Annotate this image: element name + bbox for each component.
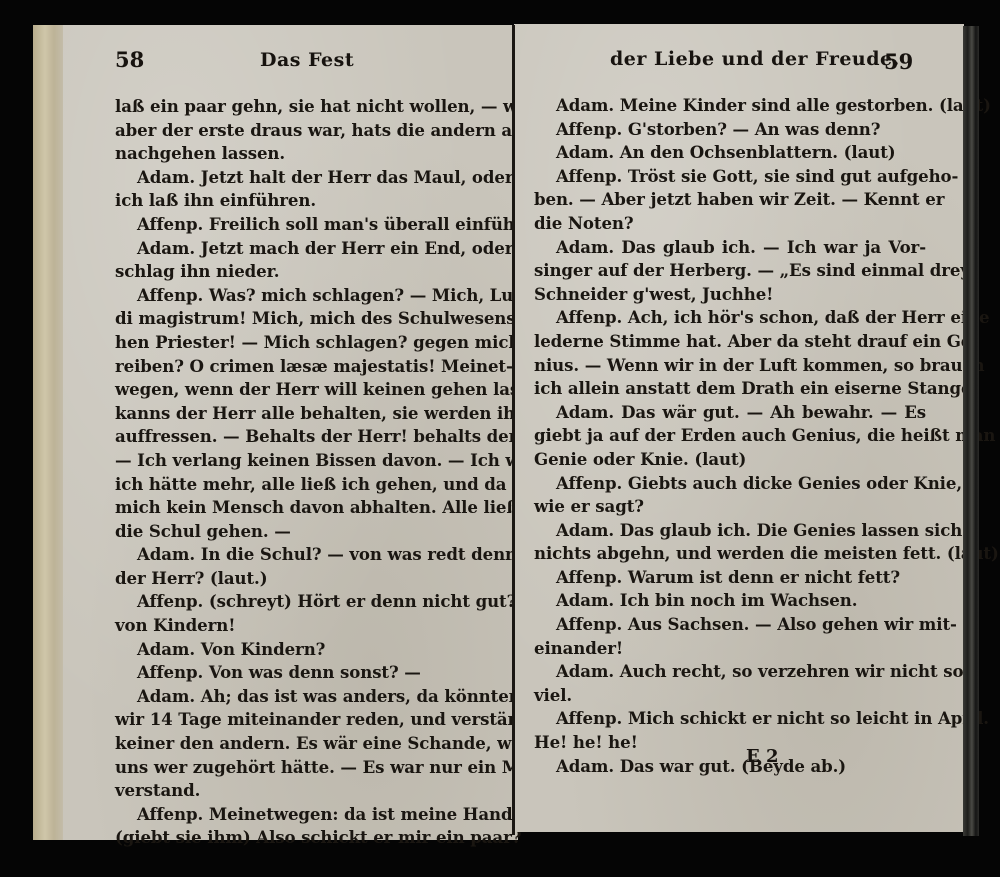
- text-line: hen Priester! — Mich schlagen? gegen mic…: [115, 331, 505, 355]
- running-head-left: Das Fest: [260, 49, 354, 71]
- text-line: kanns der Herr alle behalten, sie werden…: [115, 402, 505, 426]
- text-line: Adam. In die Schul? — von was redt denn: [115, 543, 505, 567]
- text-line: (giebt sie ihm) Also schickt er mir ein …: [115, 826, 505, 850]
- running-head-right: der Liebe und der Freude.: [610, 48, 900, 70]
- page-edges-left: [33, 25, 63, 840]
- text-line: Affenp. Warum ist denn er nicht fett?: [534, 566, 926, 590]
- text-line: singer auf der Herberg. — „Es sind einma…: [534, 259, 926, 283]
- text-line: wegen, wenn der Herr will keinen gehen l…: [115, 378, 505, 402]
- text-line: giebt ja auf der Erden auch Genius, die …: [534, 424, 926, 448]
- text-line: Genie oder Knie. (laut): [534, 448, 926, 472]
- text-line: ich hätte mehr, alle ließ ich gehen, und…: [115, 473, 505, 497]
- text-line: reiben? O crimen læsæ majestatis! Meinet…: [115, 355, 505, 379]
- text-line: ich laß ihn einführen.: [115, 189, 505, 213]
- text-line: Adam. Ah; das ist was anders, da könnten: [115, 685, 505, 709]
- text-line: viel.: [534, 684, 926, 708]
- text-line: der Herr? (laut.): [115, 567, 505, 591]
- page-number-left: 58: [115, 47, 144, 72]
- text-line: Affenp. Mich schickt er nicht so leicht …: [534, 707, 926, 731]
- book-gutter: [512, 25, 515, 835]
- signature-mark: E 2: [746, 746, 779, 767]
- text-line: keiner den andern. Es wär eine Schande, …: [115, 732, 505, 756]
- text-line: wir 14 Tage miteinander reden, und verst…: [115, 708, 505, 732]
- text-line: nichts abgehn, und werden die meisten fe…: [534, 542, 926, 566]
- text-line: Affenp. Tröst sie Gott, sie sind gut auf…: [534, 165, 926, 189]
- text-line: Adam. Meine Kinder sind alle gestorben. …: [534, 94, 926, 118]
- text-line: mich kein Mensch davon abhalten. Alle li…: [115, 496, 505, 520]
- text-line: lederne Stimme hat. Aber da steht drauf …: [534, 330, 926, 354]
- text-line: — Ich verlang keinen Bissen davon. — Ich…: [115, 449, 505, 473]
- text-line: ben. — Aber jetzt haben wir Zeit. — Kenn…: [534, 188, 926, 212]
- text-line: ich allein anstatt dem Drath ein eiserne…: [534, 377, 926, 401]
- text-line: Adam. Das glaub ich. Die Genies lassen s…: [534, 519, 926, 543]
- text-line: laß ein paar gehn, sie hat nicht wollen,…: [115, 95, 505, 119]
- open-book: 58 Das Fest laß ein paar gehn, sie hat n…: [0, 0, 1000, 877]
- text-line: Affenp. Von was denn sonst? —: [115, 661, 505, 685]
- text-line: die Schul gehen. —: [115, 520, 505, 544]
- text-line: Adam. Jetzt halt der Herr das Maul, oder: [115, 166, 505, 190]
- text-line: Affenp. Giebts auch dicke Genies oder Kn…: [534, 472, 926, 496]
- text-line: schlag ihn nieder.: [115, 260, 505, 284]
- text-line: Schneider g'west, Juchhe!: [534, 283, 926, 307]
- text-line: Adam. Von Kindern?: [115, 638, 505, 662]
- text-line: Adam. Auch recht, so verzehren wir nicht…: [534, 660, 926, 684]
- text-line: Affenp. Meinetwegen: da ist meine Hand.: [115, 803, 505, 827]
- right-page-text: Adam. Meine Kinder sind alle gestorben. …: [534, 94, 926, 778]
- right-page: der Liebe und der Freude. 59 Adam. Meine…: [514, 24, 964, 832]
- text-line: nius. — Wenn wir in der Luft kommen, so …: [534, 354, 926, 378]
- text-line: von Kindern!: [115, 614, 505, 638]
- text-line: Adam. Das war gut. (Beyde ab.): [534, 755, 926, 779]
- text-line: Adam. Das wär gut. — Ah bewahr. — Es: [534, 401, 926, 425]
- text-line: Adam. Jetzt mach der Herr ein End, oder …: [115, 237, 505, 261]
- text-line: Affenp. Freilich soll man's überall einf…: [115, 213, 505, 237]
- text-line: Affenp. Aus Sachsen. — Also gehen wir mi…: [534, 613, 926, 637]
- text-line: Affenp. Ach, ich hör's schon, daß der He…: [534, 306, 926, 330]
- text-line: verstand.: [115, 779, 505, 803]
- text-line: einander!: [534, 637, 926, 661]
- text-line: Affenp. G'storben? — An was denn?: [534, 118, 926, 142]
- left-page: 58 Das Fest laß ein paar gehn, sie hat n…: [33, 25, 518, 840]
- text-line: Adam. Ich bin noch im Wachsen.: [534, 589, 926, 613]
- text-line: Adam. An den Ochsenblattern. (laut): [534, 141, 926, 165]
- text-line: wie er sagt?: [534, 495, 926, 519]
- text-line: die Noten?: [534, 212, 926, 236]
- text-line: uns wer zugehört hätte. — Es war nur ein…: [115, 756, 505, 780]
- text-line: di magistrum! Mich, mich des Schulwesens…: [115, 307, 505, 331]
- text-line: Affenp. Was? mich schlagen? — Mich, Lu-: [115, 284, 505, 308]
- text-line: aber der erste draus war, hats die ander…: [115, 119, 505, 143]
- text-line: Adam. Das glaub ich. — Ich war ja Vor-: [534, 236, 926, 260]
- left-page-text: laß ein paar gehn, sie hat nicht wollen,…: [115, 95, 505, 850]
- text-line: He! he! he!: [534, 731, 926, 755]
- page-edges-right: [963, 26, 979, 836]
- text-line: auffressen. — Behalts der Herr! behalts …: [115, 425, 505, 449]
- text-line: nachgehen lassen.: [115, 142, 505, 166]
- text-line: Affenp. (schreyt) Hört er denn nicht gut…: [115, 590, 505, 614]
- page-number-right: 59: [884, 49, 913, 74]
